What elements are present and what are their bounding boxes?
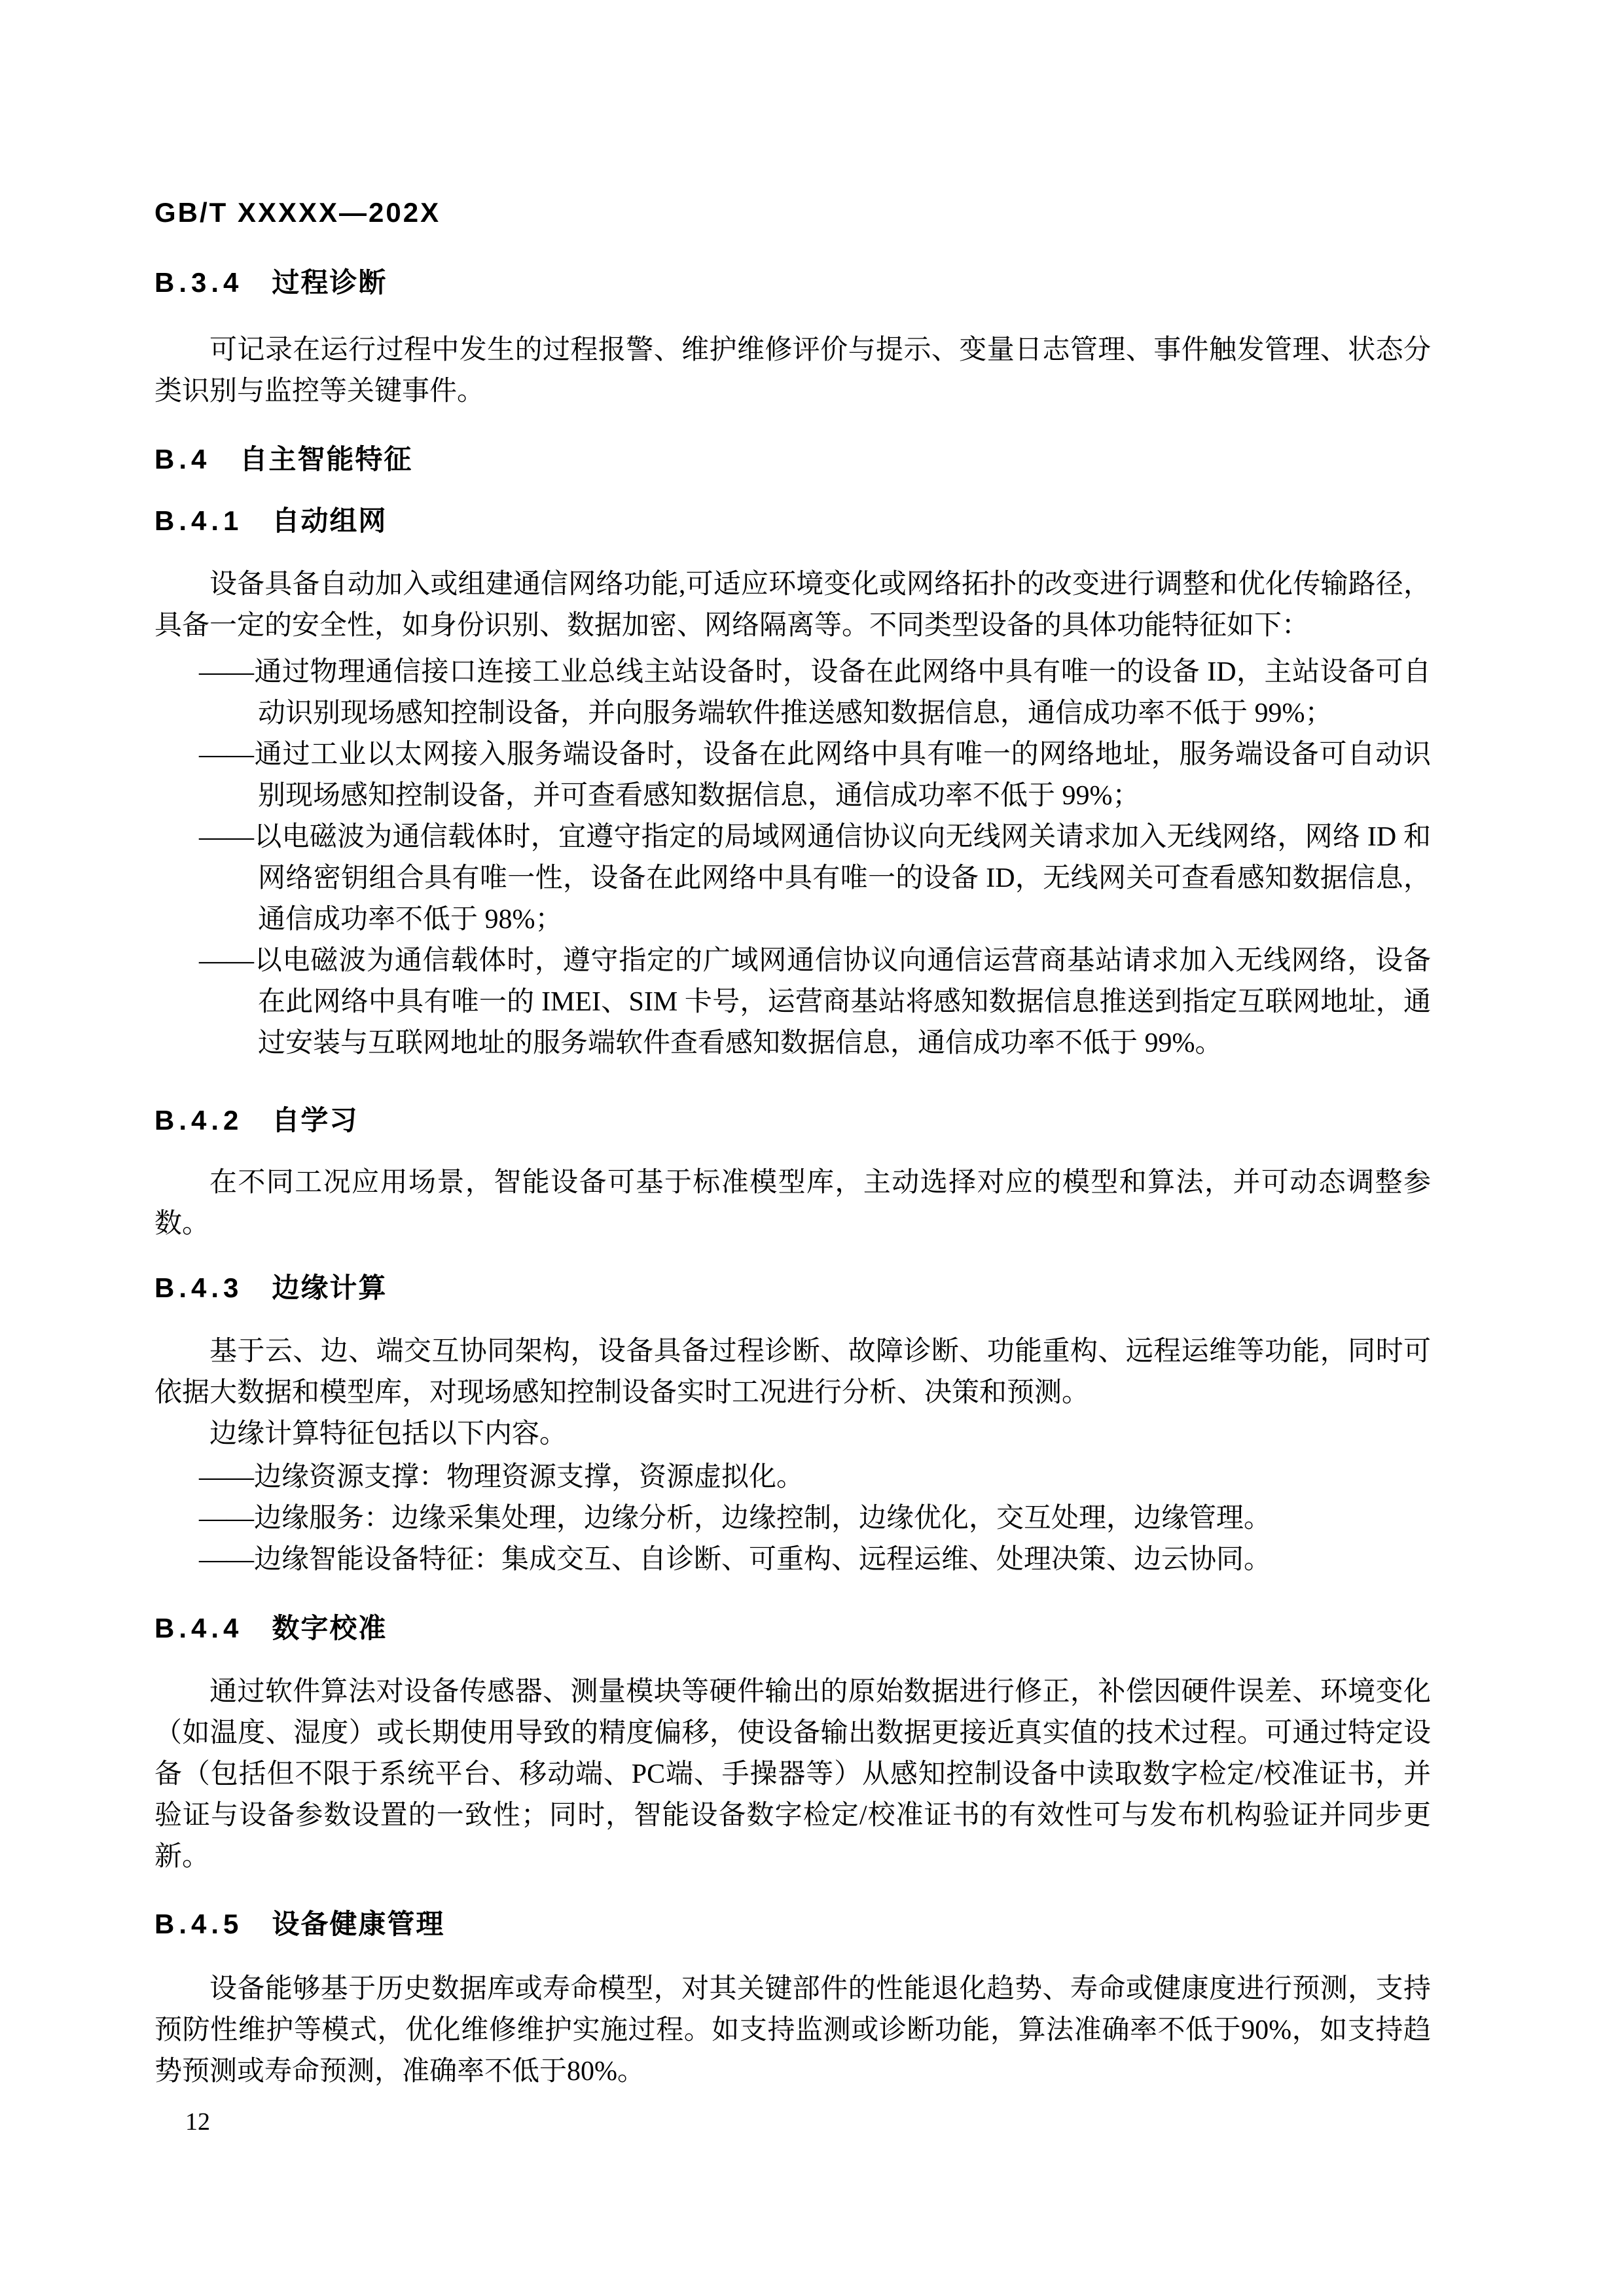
list-item: ——通过工业以太网接入服务端设备时，设备在此网络中具有唯一的网络地址，服务端设备… — [258, 734, 1431, 817]
running-header-doc-code: GB/T XXXXX—202X — [154, 198, 1431, 227]
heading-b34: B.3.4过程诊断 — [154, 263, 1431, 302]
heading-b44: B.4.4数字校准 — [154, 1609, 1431, 1648]
heading-b34-title: 过程诊断 — [272, 267, 387, 298]
heading-b41: B.4.1自动组网 — [154, 501, 1431, 541]
page-footer: 12 — [154, 2109, 1431, 2135]
paragraph-b41-intro: 设备具备自动加入或组建通信网络功能,可适应环境变化或网络拓扑的改变进行调整和优化… — [154, 564, 1431, 647]
heading-b44-number: B.4.4 — [154, 1613, 243, 1643]
heading-b43: B.4.3边缘计算 — [154, 1268, 1431, 1308]
heading-b4-number: B.4 — [154, 444, 211, 475]
heading-b41-title: 自动组网 — [272, 505, 387, 536]
page-number: 12 — [185, 2108, 210, 2136]
list-item: ——边缘服务：边缘采集处理，边缘分析，边缘控制，边缘优化，交互处理，边缘管理。 — [258, 1498, 1431, 1539]
dash-list-b41: ——通过物理通信接口连接工业总线主站设备时，设备在此网络中具有唯一的设备 ID，… — [154, 652, 1431, 1064]
list-item: ——通过物理通信接口连接工业总线主站设备时，设备在此网络中具有唯一的设备 ID，… — [258, 652, 1431, 734]
document-page: GB/T XXXXX—202X B.3.4过程诊断 可记录在运行过程中发生的过程… — [0, 0, 1624, 2296]
heading-b41-number: B.4.1 — [154, 505, 243, 536]
heading-b44-title: 数字校准 — [272, 1613, 387, 1643]
paragraph-b43-main: 基于云、边、端交互协同架构，设备具备过程诊断、故障诊断、功能重构、远程运维等功能… — [154, 1331, 1431, 1414]
list-item: ——以电磁波为通信载体时，遵守指定的广域网通信协议向通信运营商基站请求加入无线网… — [258, 941, 1431, 1064]
paragraph-b42: 在不同工况应用场景，智能设备可基于标准模型库，主动选择对应的模型和算法，并可动态… — [154, 1162, 1431, 1245]
paragraph-b43-lead-in: 边缘计算特征包括以下内容。 — [154, 1414, 1431, 1455]
list-item: ——以电磁波为通信载体时，宜遵守指定的局域网通信协议向无线网关请求加入无线网络，… — [258, 817, 1431, 941]
paragraph-b44: 通过软件算法对设备传感器、测量模块等硬件输出的原始数据进行修正，补偿因硬件误差、… — [154, 1672, 1431, 1878]
heading-b42-number: B.4.2 — [154, 1105, 243, 1136]
paragraph-b45: 设备能够基于历史数据库或寿命模型，对其关键部件的性能退化趋势、寿命或健康度进行预… — [154, 1969, 1431, 2092]
heading-b45-number: B.4.5 — [154, 1909, 243, 1939]
dash-list-b43: ——边缘资源支撑：物理资源支撑，资源虚拟化。 ——边缘服务：边缘采集处理，边缘分… — [154, 1457, 1431, 1581]
heading-b4: B.4自主智能特征 — [154, 440, 1431, 479]
list-item: ——边缘资源支撑：物理资源支撑，资源虚拟化。 — [258, 1457, 1431, 1498]
paragraph-b34: 可记录在运行过程中发生的过程报警、维护维修评价与提示、变量日志管理、事件触发管理… — [154, 330, 1431, 412]
list-item: ——边缘智能设备特征：集成交互、自诊断、可重构、远程运维、处理决策、边云协同。 — [258, 1539, 1431, 1581]
heading-b45-title: 设备健康管理 — [272, 1909, 444, 1939]
page-content: GB/T XXXXX—202X B.3.4过程诊断 可记录在运行过程中发生的过程… — [154, 0, 1431, 2135]
heading-b45: B.4.5设备健康管理 — [154, 1905, 1431, 1944]
heading-b43-title: 边缘计算 — [272, 1272, 387, 1303]
heading-b42: B.4.2自学习 — [154, 1101, 1431, 1140]
heading-b43-number: B.4.3 — [154, 1272, 243, 1303]
heading-b42-title: 自学习 — [272, 1105, 358, 1136]
heading-b34-number: B.3.4 — [154, 267, 243, 298]
heading-b4-title: 自主智能特征 — [240, 444, 412, 475]
